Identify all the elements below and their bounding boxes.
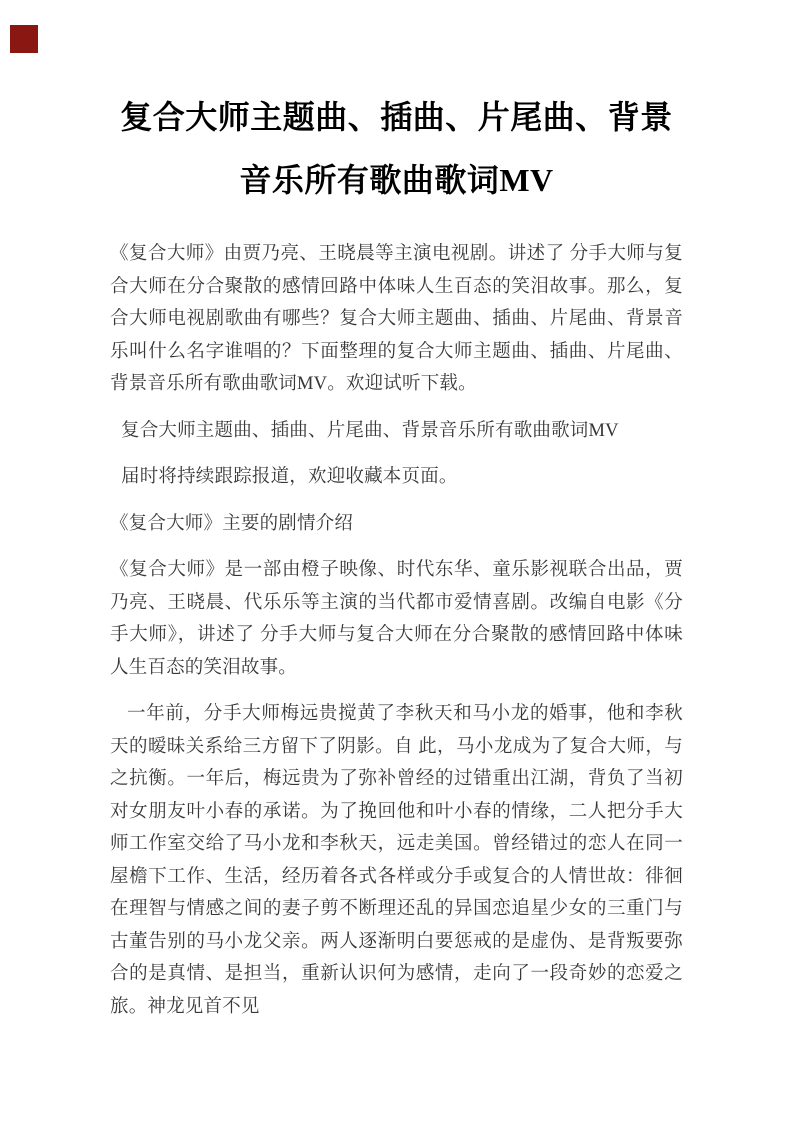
page-title: 复合大师主题曲、插曲、片尾曲、背景 音乐所有歌曲歌词MV: [110, 86, 683, 212]
plot-detail-paragraph: 一年前，分手大师梅远贵搅黄了李秋天和马小龙的婚事，他和李秋天的暧昧关系给三方留下…: [110, 698, 683, 1023]
page-title-line-2: 音乐所有歌曲歌词MV: [110, 149, 683, 212]
song-list-line: 复合大师主题曲、插曲、片尾曲、背景音乐所有歌曲歌词MV: [110, 415, 683, 448]
followup-note-line: 届时将持续跟踪报道，欢迎收藏本页面。: [110, 461, 683, 494]
corner-marker: [10, 25, 38, 53]
intro-paragraph: 《复合大师》由贾乃亮、王晓晨等主演电视剧。讲述了 分手大师与复合大师在分合聚散的…: [110, 238, 683, 401]
page-title-line-1: 复合大师主题曲、插曲、片尾曲、背景: [110, 86, 683, 149]
document-page: 复合大师主题曲、插曲、片尾曲、背景 音乐所有歌曲歌词MV 《复合大师》由贾乃亮、…: [0, 0, 793, 1122]
plot-section-heading: 《复合大师》主要的剧情介绍: [110, 508, 683, 541]
plot-intro-paragraph: 《复合大师》是一部由橙子映像、时代东华、童乐影视联合出品，贾乃亮、王晓晨、代乐乐…: [110, 554, 683, 684]
document-content: 复合大师主题曲、插曲、片尾曲、背景 音乐所有歌曲歌词MV 《复合大师》由贾乃亮、…: [0, 0, 793, 1023]
